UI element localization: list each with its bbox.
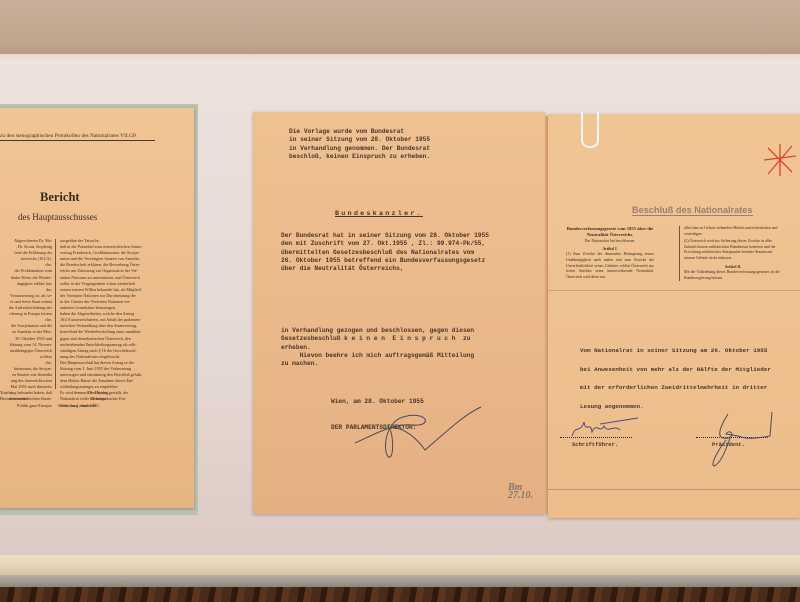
pencil-annotation: Bm 27.10. xyxy=(508,484,545,500)
mid-doc-heading: Bundeskanzler. xyxy=(335,210,423,218)
display-case-lip xyxy=(0,54,800,64)
column-divider xyxy=(55,239,56,389)
article-1-continuation: allen ihm zu Gebote stehenden Mitteln au… xyxy=(684,226,782,237)
right-doc-column-1: Bundesverfassungsgesetz vom 1955 über di… xyxy=(566,226,654,280)
article-2-text: Mit der Vollziehung dieses Bundesverfass… xyxy=(684,270,782,281)
law-title: Bundesverfassungsgesetz vom 1955 über di… xyxy=(566,226,654,237)
left-doc-subtitle: des Hauptausschusses xyxy=(18,212,97,222)
text-line: bei Anwesenheit von mehr als der Hälfte … xyxy=(580,361,771,380)
text-line: übermittelten Gesetzesbeschluß des Natio… xyxy=(281,249,489,257)
left-doc-header: zu den stenographischen Protokollen des … xyxy=(0,133,155,141)
paperclip-icon xyxy=(581,112,599,148)
display-case-rail xyxy=(0,555,800,577)
text-line: beschloß, keinen Einspruch zu erheben. xyxy=(289,153,430,161)
text-line: 26. Oktober 1955 betreffend ein Bundesve… xyxy=(281,257,489,265)
page-edge xyxy=(548,489,800,490)
stamp-title: Beschluß des Nationalrates xyxy=(632,205,753,216)
display-case-ceiling xyxy=(0,0,800,56)
signature-praesident-icon xyxy=(708,410,778,470)
display-case-base xyxy=(0,575,800,587)
left-doc-place-date: Wien, am 1. Juni 1955. xyxy=(58,403,100,408)
left-doc-signatory-right: Dr. Hurdes, Obmann. xyxy=(88,390,109,402)
schriftfuehrer-label: Schriftführer. xyxy=(572,441,618,448)
signature-schriftfuehrer-icon xyxy=(570,416,640,440)
signatory-role: Berichterstatter. xyxy=(0,396,29,402)
left-doc-signatory-left: Tončić, Berichterstatter. xyxy=(0,390,29,402)
text-line: Der Bundesrat hat in seiner Sitzung vom … xyxy=(281,232,489,240)
text-line: erheben. xyxy=(281,344,474,352)
resolution-text: Vom Nationalrat in seiner Sitzung am 26.… xyxy=(580,342,771,416)
mid-doc-paragraph-1: Die Vorlage wurde vom Bundesratin seiner… xyxy=(289,128,430,161)
right-doc-column-2: allen ihm zu Gebote stehenden Mitteln au… xyxy=(684,226,782,281)
red-asterisk-mark-icon xyxy=(762,142,798,178)
mid-doc-paragraph-2: Der Bundesrat hat in seiner Sitzung vom … xyxy=(281,232,489,273)
text-line: in seiner Sitzung vom 28. Oktober 1955 xyxy=(289,136,430,144)
text-line: den mit Zuschrift vom 27. Okt.1955 , Zl.… xyxy=(281,240,489,248)
column-divider xyxy=(679,226,680,281)
text-line: mit der erforderlichen Zweidrittelmehrhe… xyxy=(580,379,771,398)
text-line: Vom Nationalrat in seiner Sitzung am 26.… xyxy=(580,342,771,361)
text-line: einten Nationen zu unterstützen, und Öst… xyxy=(60,275,152,281)
signatory-role: Obmann. xyxy=(88,396,109,402)
enacting-clause: Der Nationalrat hat beschlossen: xyxy=(566,239,654,245)
text-line: betreffend die Wiederherstellung eines u… xyxy=(60,329,152,335)
wooden-cabinet xyxy=(0,587,800,602)
left-document-bericht: zu den stenographischen Protokollen des … xyxy=(0,108,194,508)
left-doc-column-2: ausgeübte der Tatsache,daß in der Präamb… xyxy=(60,238,152,409)
article-1-text: (1) Zum Zwecke der dauernden Behauptung … xyxy=(566,252,654,280)
text-line: in Verhandlung genommen. Der Bundesrat xyxy=(289,145,430,153)
text-line: Gesetzesbeschluß k e i n e n E i n s p r… xyxy=(281,335,474,343)
left-doc-column-1: Abgeordneten Dr. Ma-, Dr. Kraus, Kopleni… xyxy=(0,238,52,409)
page-fold xyxy=(548,290,800,291)
signature-icon xyxy=(353,405,483,465)
mid-doc-paragraph-3: in Verhandlung gezogen und beschlossen, … xyxy=(281,327,474,368)
text-line: Die Vorlage wurde vom Bundesrat xyxy=(289,128,430,136)
text-line: zu machen. xyxy=(281,360,474,368)
article-1-paragraph-2: (2) Österreich wird zur Sicherung dieser… xyxy=(684,239,782,261)
left-doc-title: Bericht xyxy=(40,190,80,205)
text-line: Politik ganz Europas xyxy=(0,403,52,409)
text-line: Hievon beehre ich mich auftragsgemäß Mit… xyxy=(281,352,474,360)
text-line: über die Neutralität Österreichs, xyxy=(281,265,489,273)
middle-document-bundeskanzler: Die Vorlage wurde vom Bundesratin seiner… xyxy=(253,112,545,514)
text-line: in Verhandlung gezogen und beschlossen, … xyxy=(281,327,474,335)
text-line: seinen ernsten Willen bekundet hat, als … xyxy=(60,287,152,293)
